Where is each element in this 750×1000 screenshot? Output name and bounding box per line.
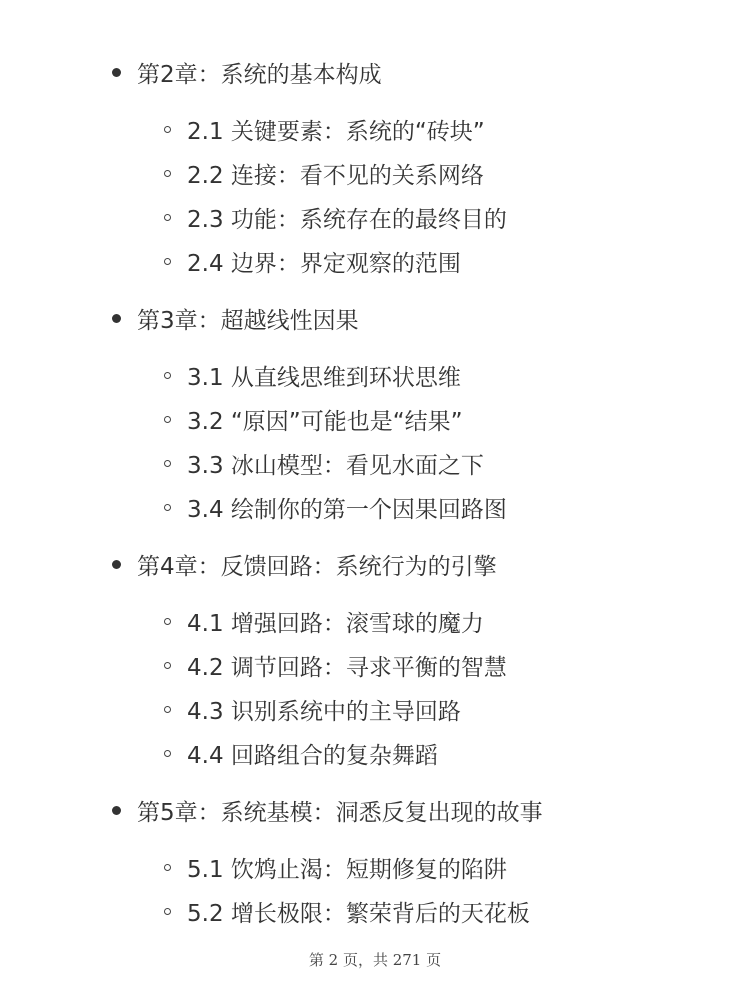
chapter-title: 第4章：反馈回路：系统行为的引擎 [137,548,497,581]
hollow-bullet-icon [164,372,171,379]
toc-section: 2.3 功能：系统存在的最终目的 [162,201,507,233]
hollow-bullet-icon [164,504,171,511]
section-title: 3.4 绘制你的第一个因果回路图 [187,491,507,524]
hollow-bullet-icon [164,126,171,133]
hollow-bullet-icon [164,258,171,265]
hollow-bullet-icon [164,706,171,713]
toc-section: 4.3 识别系统中的主导回路 [162,693,461,725]
toc-section: 3.2 “原因”可能也是“结果” [162,403,463,435]
section-title: 2.1 关键要素：系统的“砖块” [187,113,485,146]
section-title: 3.1 从直线思维到环状思维 [187,359,461,392]
toc-section: 3.1 从直线思维到环状思维 [162,359,461,391]
toc-chapter: 第5章：系统基模：洞悉反复出现的故事 [110,794,543,826]
hollow-bullet-icon [164,416,171,423]
hollow-bullet-icon [164,170,171,177]
toc-section: 2.1 关键要素：系统的“砖块” [162,113,485,145]
toc-section: 4.1 增强回路：滚雪球的魔力 [162,605,484,637]
section-title: 4.2 调节回路：寻求平衡的智慧 [187,649,507,682]
section-title: 4.3 识别系统中的主导回路 [187,693,461,726]
toc-section: 3.4 绘制你的第一个因果回路图 [162,491,507,523]
hollow-bullet-icon [164,750,171,757]
toc-section: 5.1 饮鸩止渴：短期修复的陷阱 [162,851,507,883]
section-title: 2.3 功能：系统存在的最终目的 [187,201,507,234]
filled-bullet-icon [112,314,121,323]
toc-chapter: 第3章：超越线性因果 [110,302,359,334]
section-title: 4.4 回路组合的复杂舞蹈 [187,737,438,770]
filled-bullet-icon [112,806,121,815]
toc-section: 2.2 连接：看不见的关系网络 [162,157,484,189]
chapter-title: 第3章：超越线性因果 [137,302,359,335]
section-title: 5.1 饮鸩止渴：短期修复的陷阱 [187,851,507,884]
hollow-bullet-icon [164,460,171,467]
section-title: 2.2 连接：看不见的关系网络 [187,157,484,190]
hollow-bullet-icon [164,618,171,625]
hollow-bullet-icon [164,908,171,915]
chapter-title: 第5章：系统基模：洞悉反复出现的故事 [137,794,543,827]
toc-chapter: 第2章：系统的基本构成 [110,56,382,88]
page-indicator: 第 2 页，共 271 页 [0,949,750,970]
hollow-bullet-icon [164,214,171,221]
toc-section: 4.2 调节回路：寻求平衡的智慧 [162,649,507,681]
toc-section: 2.4 边界：界定观察的范围 [162,245,461,277]
toc-section: 5.2 增长极限：繁荣背后的天花板 [162,895,530,927]
section-title: 2.4 边界：界定观察的范围 [187,245,461,278]
filled-bullet-icon [112,68,121,77]
toc-section: 4.4 回路组合的复杂舞蹈 [162,737,438,769]
chapter-title: 第2章：系统的基本构成 [137,56,382,89]
section-title: 3.2 “原因”可能也是“结果” [187,403,463,436]
hollow-bullet-icon [164,864,171,871]
section-title: 5.2 增长极限：繁荣背后的天花板 [187,895,530,928]
toc-section: 3.3 冰山模型：看见水面之下 [162,447,484,479]
toc-chapter: 第4章：反馈回路：系统行为的引擎 [110,548,497,580]
section-title: 4.1 增强回路：滚雪球的魔力 [187,605,484,638]
filled-bullet-icon [112,560,121,569]
hollow-bullet-icon [164,662,171,669]
section-title: 3.3 冰山模型：看见水面之下 [187,447,484,480]
